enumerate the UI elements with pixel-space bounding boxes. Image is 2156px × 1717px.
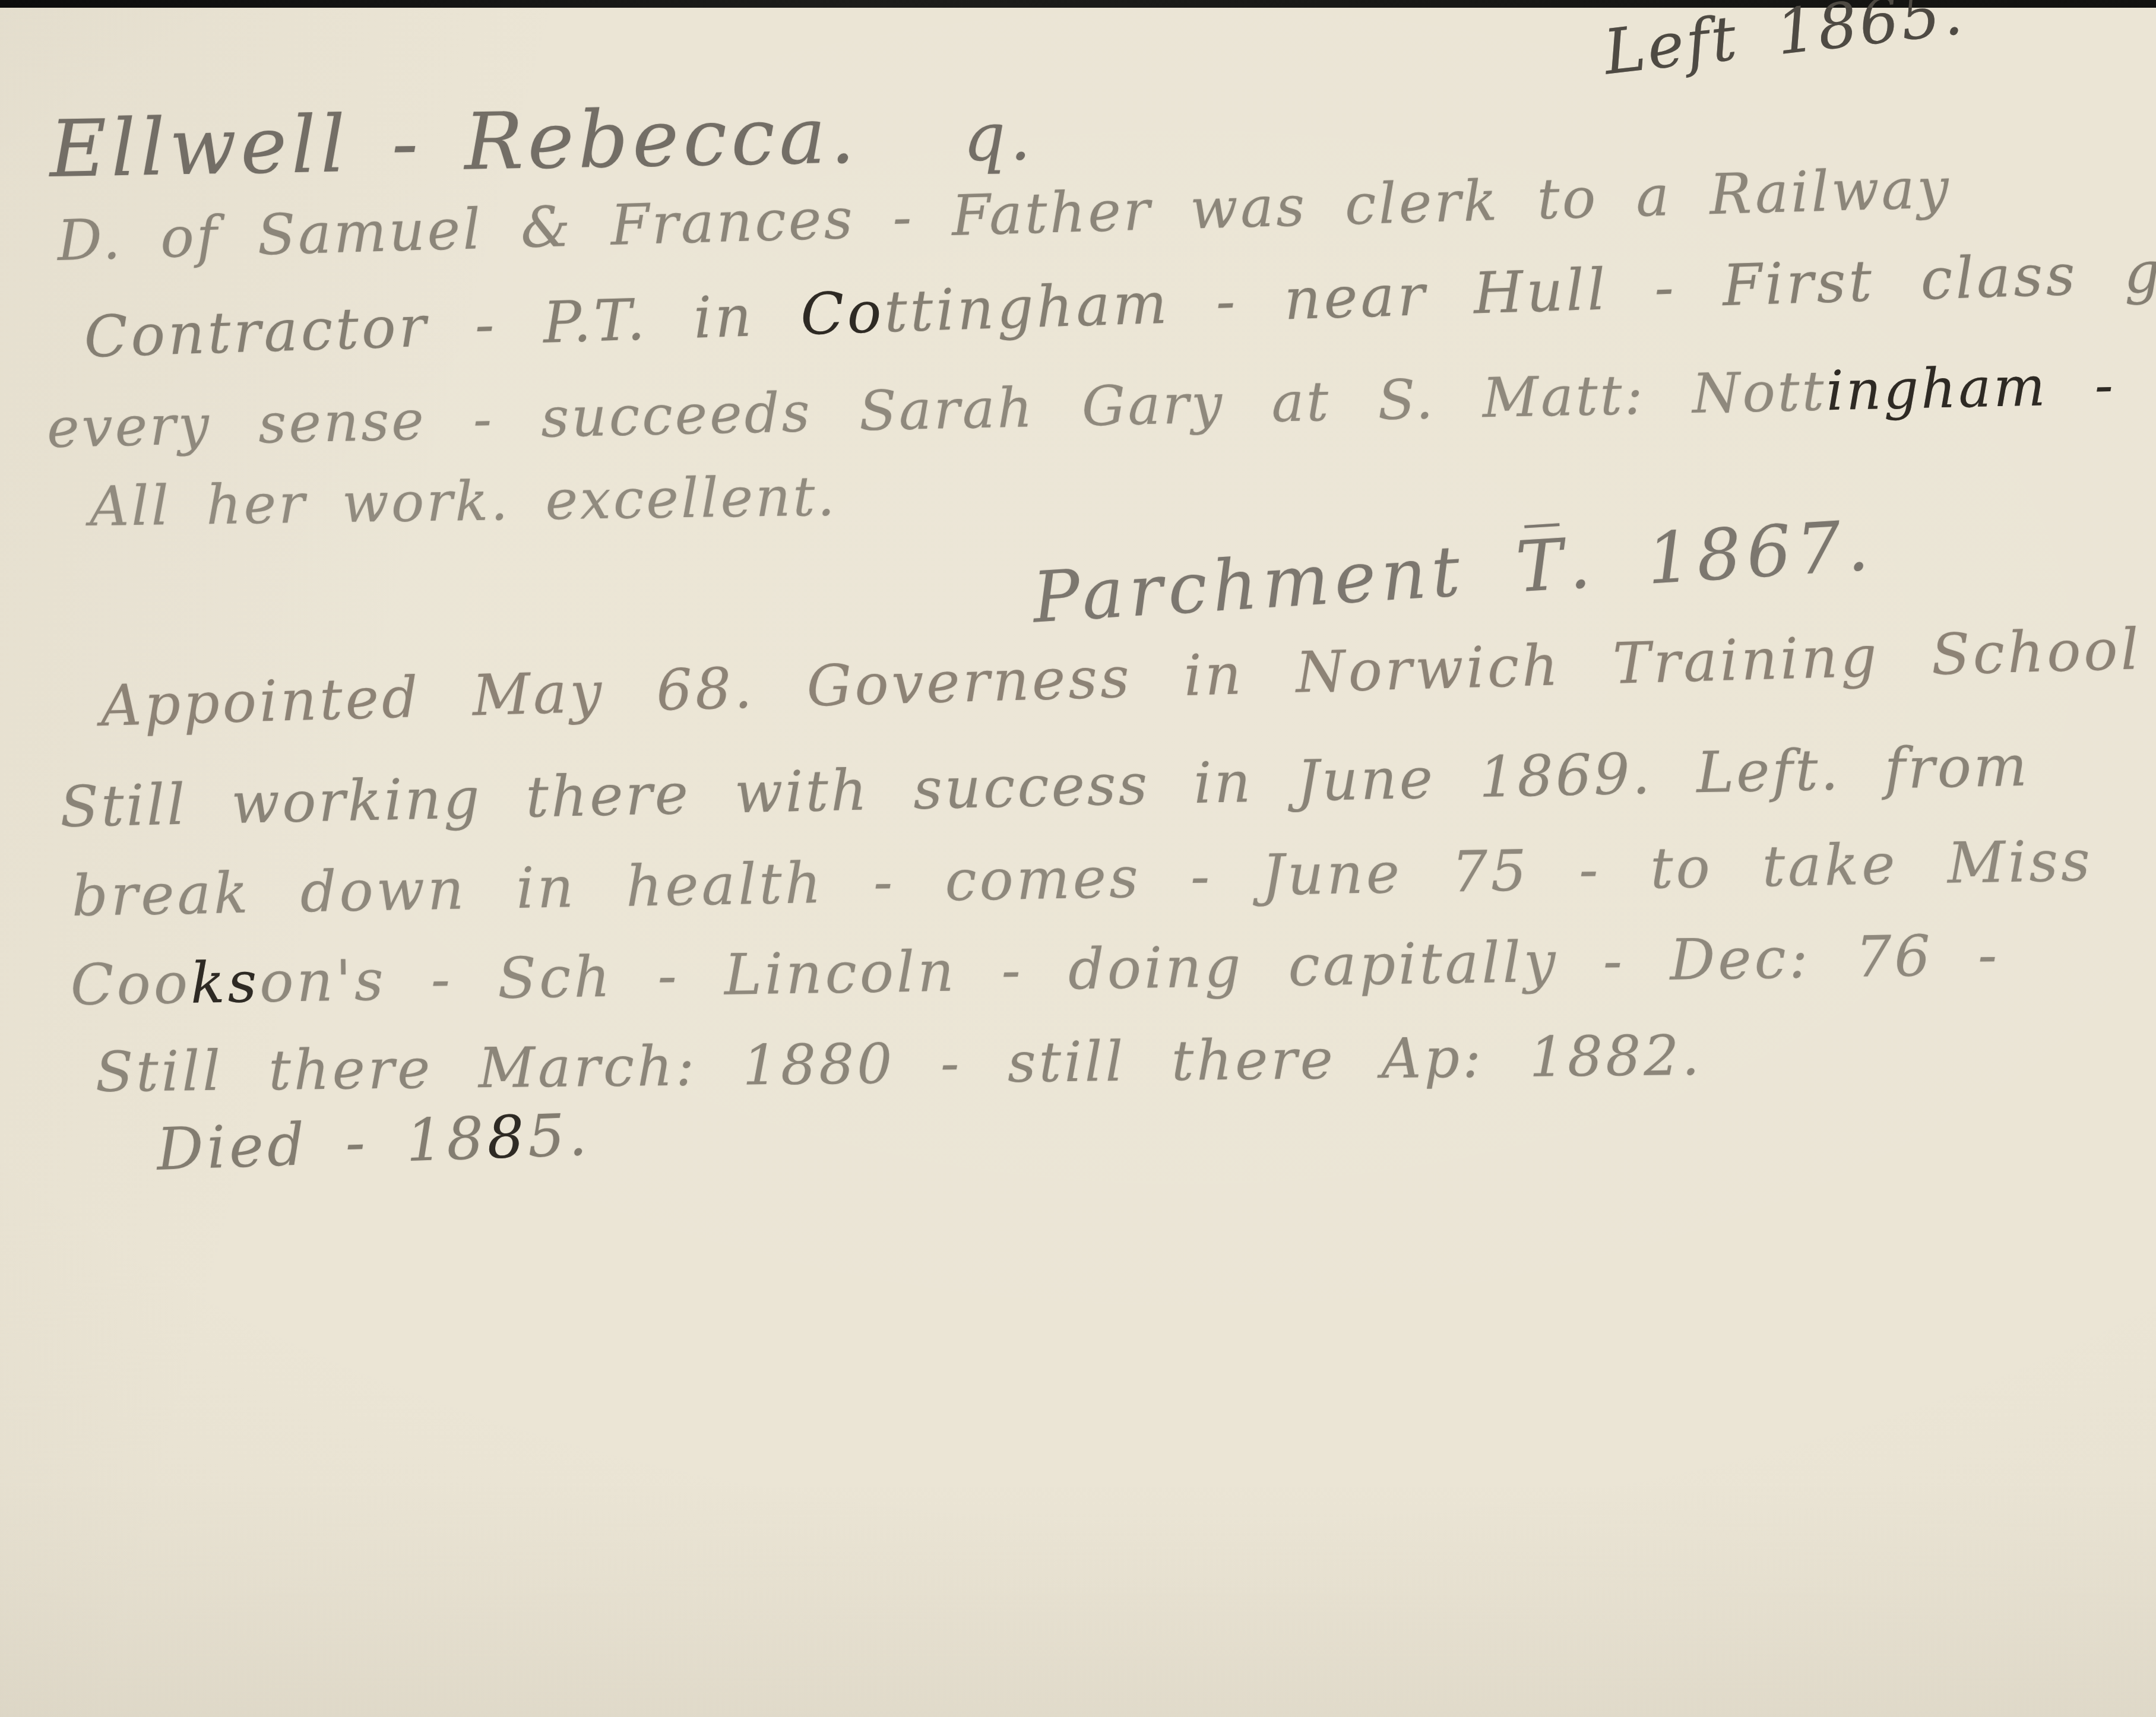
line-cookson-pre: Coo — [70, 951, 191, 1018]
student-name: Ellwell - Rebecca. — [49, 90, 860, 195]
line-died-pre: Died - 18 — [156, 1105, 488, 1184]
line-died-ink-correction: 8 — [486, 1103, 528, 1172]
line-contractor-ink-correction: Co — [799, 279, 885, 348]
line-cookson-ink-correction: ks — [190, 950, 260, 1016]
line-died-post: 5. — [527, 1101, 591, 1171]
name-line: Ellwell - Rebecca.q. — [49, 87, 1036, 195]
name-line-mark: q. — [963, 98, 1036, 176]
line-work-text: All her work. excellent. — [89, 464, 837, 538]
line-work: All her work. excellent. — [89, 464, 837, 538]
scanned-record-photo: { "colors": { "paper": "#ebe5d5", "penci… — [0, 0, 2156, 1717]
line-sense-ink-correction: ingham - — [1825, 353, 2116, 423]
